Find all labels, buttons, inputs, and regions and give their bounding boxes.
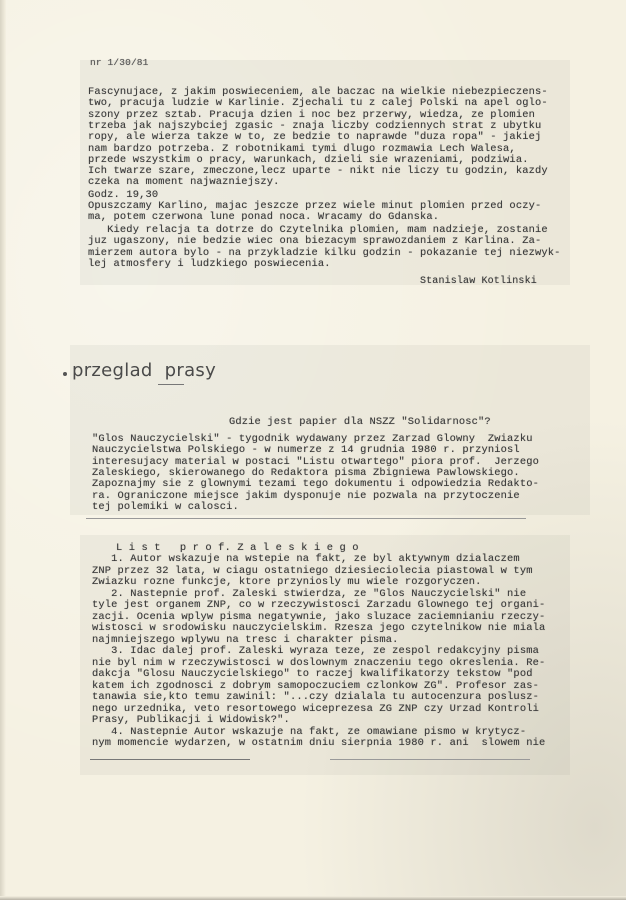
article-line: interesujacy material w postaci "Listu o… [92, 457, 539, 468]
heading-underline [158, 384, 184, 385]
letter-line: 1. Autor wskazuje na wstepie na fakt, ze… [92, 554, 520, 565]
divider-line [330, 759, 530, 760]
report-line: ropy, ale wierza takze w to, ze bedzie t… [88, 132, 541, 143]
letter-line: Prasy, Publikacji i Widowisk?". [92, 715, 290, 726]
letter-line: Zwiazku rozne funkcje, ktore przyniosly … [92, 577, 482, 588]
letter-line: tanawia sie,kto temu zawinil: "...czy dz… [92, 692, 539, 703]
document-number: nr 1/30/81 [90, 57, 149, 68]
letter-line: 3. Idac dalej prof. Zaleski wyraza teze,… [92, 646, 539, 657]
letter-line: nego urzednika, veto resortowego wicepre… [92, 704, 539, 715]
article-line: ra. Ograniczone miejsce jakim dysponuje … [92, 491, 520, 502]
letter-line: ZNP przez 32 lata, w ciagu ostatniego dz… [92, 566, 533, 577]
section-heading: przeglad prasy [72, 360, 216, 381]
report-line: mierzem autora bylo - na przykladzie kil… [88, 248, 561, 259]
letter-line: wistosci w srodowisku nauczycielskim. Rz… [92, 623, 545, 634]
letter-line: dakcja "Glosu Nauczycielskiego" to racze… [92, 669, 533, 680]
report-line: lej atmosfery i ludzkiego poswiecenia. [88, 259, 331, 270]
letter-line: nie byl nim w rzeczywistosci w doslownym… [92, 658, 545, 669]
article-title: Gdzie jest papier dla NSZZ "Solidarnosc"… [229, 417, 491, 428]
article-line: Nauczycielstwa Polskiego - w numerze z 1… [92, 445, 520, 456]
report-line: ma, potem czerwona lune ponad noca. Wrac… [88, 212, 439, 223]
article-line: Zapoznajmy sie z glownymi tezami tego do… [92, 479, 539, 490]
report-line: two, pracuja ludzie w Karlinie. Zjechali… [88, 98, 548, 109]
letter-line: 2. Nastepnie prof. Zaleski stwierdza, ze… [92, 589, 526, 600]
letter-line: nym momencie wydarzen, w ostatnim dniu s… [92, 738, 545, 749]
report-line: nam bardzo potrzeba. Z robotnikami tymi … [88, 144, 516, 155]
signature: Stanislaw Kotlinski [420, 276, 537, 287]
letter-line: tyle jest organem ZNP, co w rzeczywistos… [92, 600, 545, 611]
letter-line: zacji. Ocenia wplyw pisma negatywnie, ja… [92, 612, 545, 623]
section-divider [86, 518, 526, 519]
bullet-dot [63, 372, 67, 376]
letter-line: katem ich zgodnosci z dobrym samopoczuci… [92, 681, 539, 692]
report-line: czeka na moment najwazniejszy. [88, 177, 280, 188]
page-left-edge [0, 0, 6, 900]
letter-line: najmniejszego wplywu na tresc i charakte… [92, 635, 399, 646]
report-line: szony przez sztab. Pracuja dzien i noc b… [88, 110, 535, 121]
report-line: juz ugaszony, nie bedzie wiec ona biezac… [88, 236, 541, 247]
letter-line: 4. Nastepnie Autor wskazuje na fakt, ze … [92, 727, 526, 738]
page-bottom-edge [0, 896, 626, 900]
article-line: tej polemiki w calosci. [92, 502, 239, 513]
scanned-page: nr 1/30/81 Fascynujace, z jakim poswiece… [0, 0, 626, 900]
quote-underline [90, 759, 250, 760]
